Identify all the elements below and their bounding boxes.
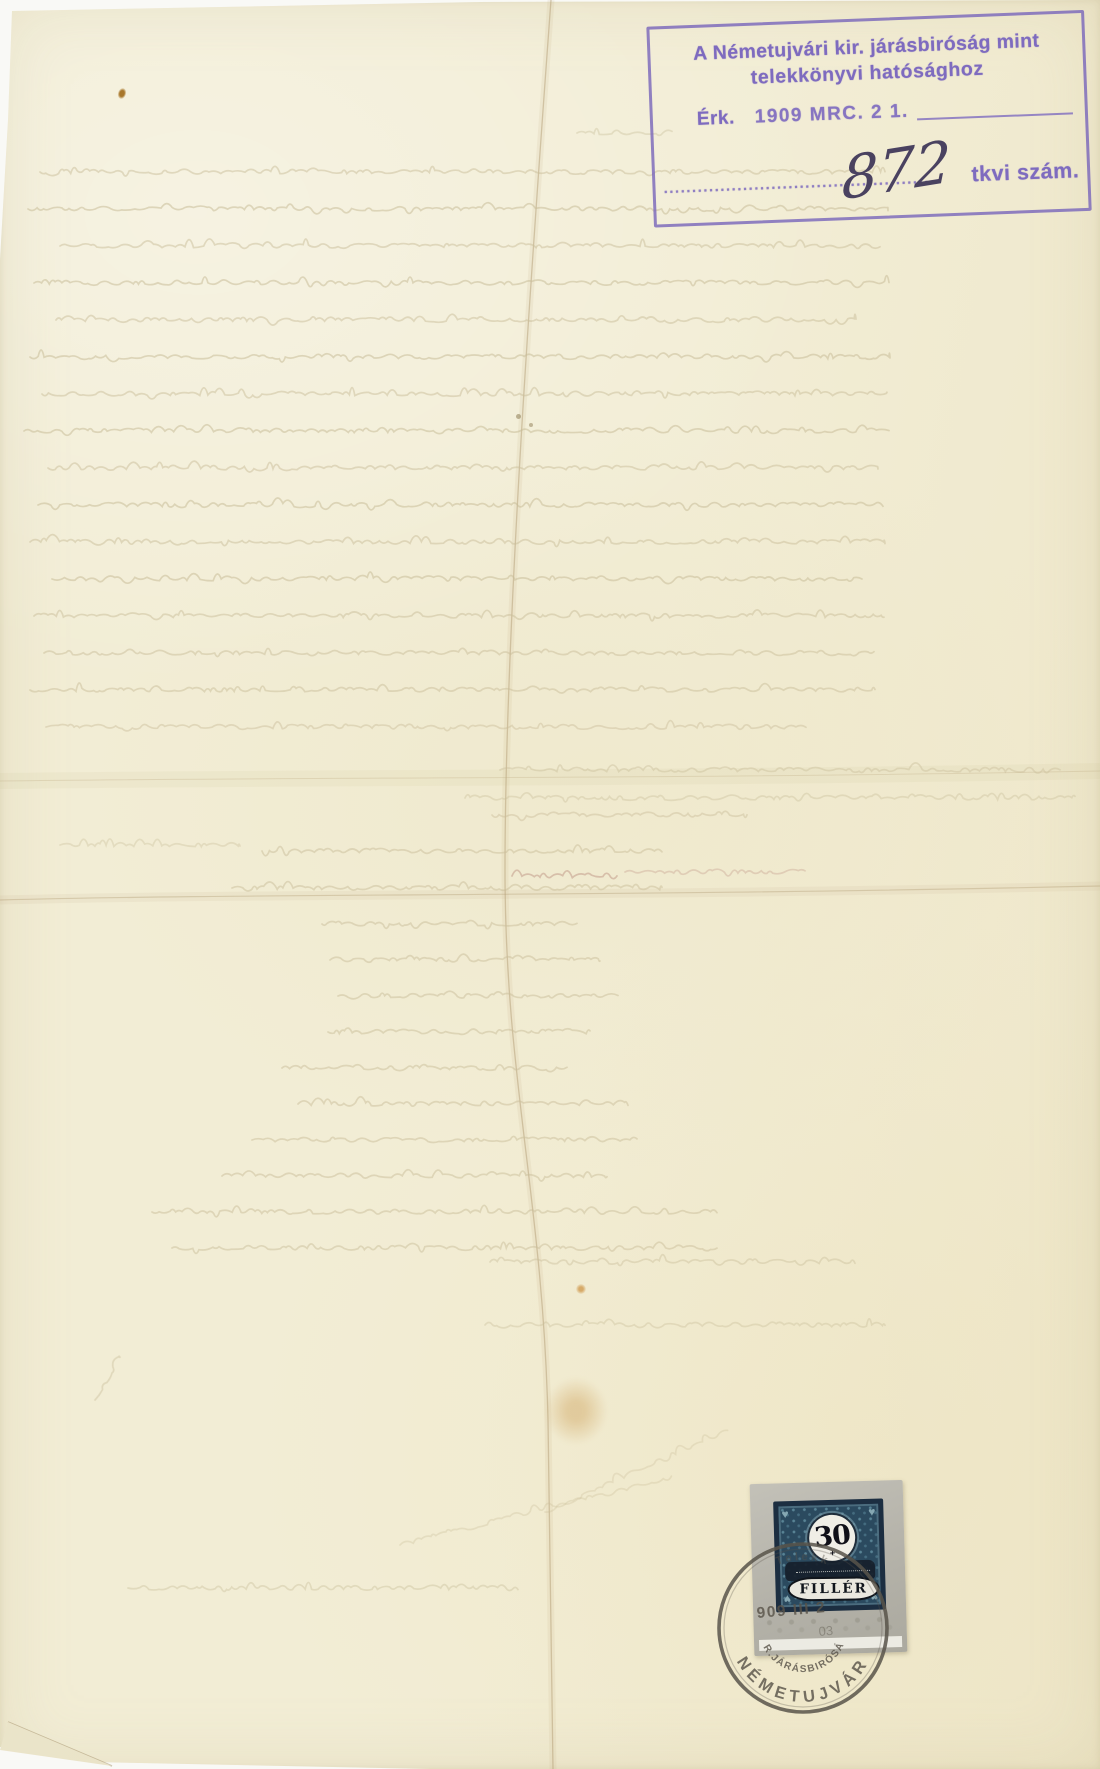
case-number-handwriting: 872 [841,132,951,209]
corner-ornament-icon: ♥ [781,1508,788,1520]
revenue-stamp-design: ♥ ♥ ♥ ♥ 30 + FILLÉR [773,1498,886,1612]
stamp-value-circle: 30 + [809,1514,856,1561]
bleedthrough-handwriting [0,0,1100,1769]
case-number-row: ........................................… [654,120,1089,211]
revenue-stamp: ♥ ♥ ♥ ♥ 30 + FILLÉR [750,1480,908,1656]
arrival-stamp-box: A Németujvári kir. járásbiróság mint tel… [646,10,1091,228]
scanned-document-page: A Németujvári kir. járásbiróság mint tel… [0,0,1100,1769]
stamp-currency-label: FILLÉR [799,1580,868,1597]
date-underline [917,112,1073,120]
stamp-value: 30 [808,1519,857,1554]
arrival-label: Érk. [697,107,736,130]
arrival-date: 1909 MRC. 2 1. [754,101,909,129]
corner-ornament-icon: ♥ [868,1506,875,1518]
case-number-suffix-label: tkvi szám. [971,158,1080,187]
stamp-currency-banner: FILLÉR [787,1576,879,1601]
